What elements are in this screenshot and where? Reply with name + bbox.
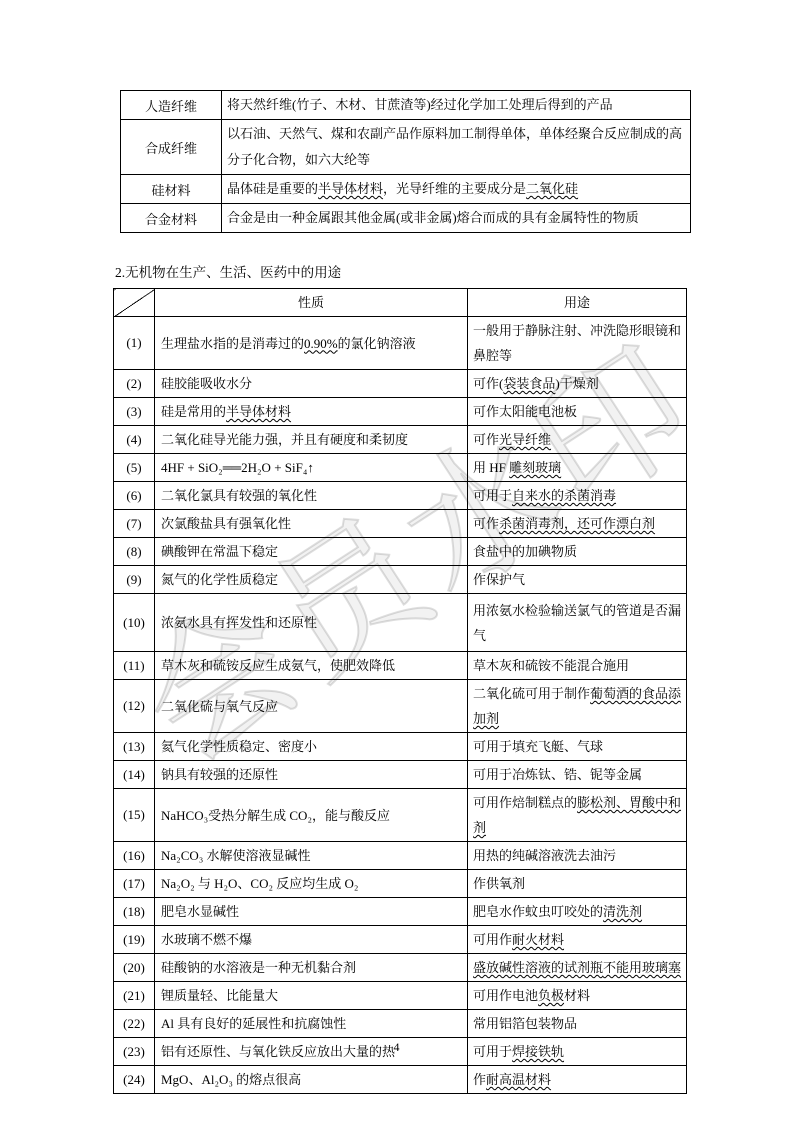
use-cell: 可用作耐火材料 — [468, 926, 687, 954]
text-segment: 生理盐水指的是消毒过的 — [161, 336, 304, 351]
property-cell: 硅是常用的半导体材料 — [155, 398, 468, 426]
wavy-underlined-text: 袋装食品 — [503, 376, 555, 391]
text-segment: ，光导纤维的主要成分是 — [383, 181, 526, 196]
wavy-underlined-text: 清洗剂 — [603, 904, 642, 919]
property-cell: 氦气化学性质稳定、密度小 — [155, 733, 468, 761]
use-cell: 可作太阳能电池板 — [468, 398, 687, 426]
text-segment: 硅是常用的 — [161, 404, 226, 419]
text-segment: 材料 — [564, 988, 590, 1003]
wavy-underlined-text: 半导体材料 — [226, 404, 291, 419]
uses-table-row: (12)二氧化硫与氧气反应二氧化硫可用于制作葡萄酒的食品添加剂 — [114, 680, 687, 733]
uses-table-row: (10)浓氨水具有挥发性和还原性用浓氨水检验输送氯气的管道是否漏气 — [114, 594, 687, 652]
text-segment: 可用作电池 — [473, 988, 538, 1003]
property-cell: 二氧化硅导光能力强，并且有硬度和柔韧度 — [155, 426, 468, 454]
property-cell: Na₂CO₃ 水解使溶液显碱性 — [155, 842, 468, 870]
text-segment: 的氯化钠溶液 — [338, 336, 416, 351]
uses-table-row: (3)硅是常用的半导体材料可作太阳能电池板 — [114, 398, 687, 426]
text-segment: 碘酸钾在常温下稳定 — [161, 544, 278, 559]
uses-table-row: (20)硅酸钠的水溶液是一种无机黏合剂盛放碱性溶液的试剂瓶不能用玻璃塞 — [114, 954, 687, 982]
use-cell: 二氧化硫可用于制作葡萄酒的食品添加剂 — [468, 680, 687, 733]
use-cell: 可作光导纤维 — [468, 426, 687, 454]
row-number-cell: (20) — [114, 954, 155, 982]
row-number-cell: (8) — [114, 538, 155, 566]
text-segment: 硅胶能吸收水分 — [161, 376, 252, 391]
text-segment: 水玻璃不燃不爆 — [161, 932, 252, 947]
uses-table-row: (11)草木灰和硫铵反应生成氨气，使肥效降低草木灰和硫铵不能混合施用 — [114, 652, 687, 680]
row-number-cell: (5) — [114, 454, 155, 482]
text-segment: 钠具有较强的还原性 — [161, 767, 278, 782]
material-description-cell: 将天然纤维(竹子、木材、甘蔗渣等)经过化学加工处理后得到的产品 — [222, 91, 691, 120]
text-segment: MgO、Al₂O₃ 的熔点很高 — [161, 1072, 301, 1087]
wavy-underlined-text: 二氧化硅 — [526, 181, 578, 196]
use-cell: 盛放碱性溶液的试剂瓶不能用玻璃塞 — [468, 954, 687, 982]
uses-table-header-row: 性质 用途 — [114, 289, 687, 317]
text-segment: 作供氧剂 — [473, 876, 525, 891]
use-cell: 用 HF 雕刻玻璃 — [468, 454, 687, 482]
text-segment: 食盐中的加碘物质 — [473, 544, 577, 559]
wavy-underlined-text: 光导纤维 — [499, 432, 551, 447]
materials-table: 人造纤维将天然纤维(竹子、木材、甘蔗渣等)经过化学加工处理后得到的产品合成纤维以… — [120, 90, 691, 233]
use-cell: 作保护气 — [468, 566, 687, 594]
row-number-cell: (16) — [114, 842, 155, 870]
text-segment: 次氯酸盐具有强氧化性 — [161, 516, 291, 531]
use-cell: 可用作焙制糕点的膨松剂、胃酸中和剂 — [468, 789, 687, 842]
property-cell: 4HF + SiO₂══2H₂O + SiF₄↑ — [155, 454, 468, 482]
material-name-cell: 合金材料 — [121, 204, 222, 233]
text-segment: 作 — [473, 1072, 486, 1087]
text-segment: 可作( — [473, 376, 503, 391]
wavy-underlined-text: 自来水的杀菌消毒 — [512, 488, 616, 503]
wavy-underlined-text: 杀菌消毒剂，还可作漂白剂 — [499, 516, 655, 531]
wavy-underlined-text: 盛放碱性溶液的试剂瓶 — [473, 960, 603, 975]
use-cell: 用热的纯碱溶液洗去油污 — [468, 842, 687, 870]
text-segment: 可作太阳能电池板 — [473, 404, 577, 419]
property-cell: 硅酸钠的水溶液是一种无机黏合剂 — [155, 954, 468, 982]
property-cell: 草木灰和硫铵反应生成氨气，使肥效降低 — [155, 652, 468, 680]
text-segment: 浓氨水具有挥发性和还原性 — [161, 615, 317, 630]
text-segment: 以石油、天然气、煤和农副产品作原料加工制得单体，单体经聚合反应制成的高分子化合物… — [227, 126, 682, 167]
material-description-cell: 合金是由一种金属跟其他金属(或非金属)熔合而成的具有金属特性的物质 — [222, 204, 691, 233]
use-cell: 可作杀菌消毒剂，还可作漂白剂 — [468, 510, 687, 538]
property-cell: 氮气的化学性质稳定 — [155, 566, 468, 594]
text-segment: 肥皂水作蚊虫叮咬处的 — [473, 904, 603, 919]
material-description-cell: 晶体硅是重要的半导体材料，光导纤维的主要成分是二氧化硅 — [222, 175, 691, 204]
text-segment: 草木灰和硫铵不能混合施用 — [473, 658, 629, 673]
diagonal-header-cell — [114, 289, 155, 317]
use-cell: 可用于冶炼钛、锆、铌等金属 — [468, 761, 687, 789]
uses-table: 性质 用途 (1)生理盐水指的是消毒过的0.90%的氯化钠溶液一般用于静脉注射、… — [113, 288, 687, 1094]
wavy-underlined-text: 耐高温材料 — [486, 1072, 551, 1087]
row-number-cell: (18) — [114, 898, 155, 926]
document-page: 会员水印 人造纤维将天然纤维(竹子、木材、甘蔗渣等)经过化学加工处理后得到的产品… — [0, 0, 793, 1122]
use-cell: 一般用于静脉注射、冲洗隐形眼镜和鼻腔等 — [468, 317, 687, 370]
row-number-cell: (19) — [114, 926, 155, 954]
row-number-cell: (10) — [114, 594, 155, 652]
use-cell: 肥皂水作蚊虫叮咬处的清洗剂 — [468, 898, 687, 926]
material-name-cell: 合成纤维 — [121, 120, 222, 175]
materials-table-row: 人造纤维将天然纤维(竹子、木材、甘蔗渣等)经过化学加工处理后得到的产品 — [121, 91, 691, 120]
uses-table-row: (8)碘酸钾在常温下稳定食盐中的加碘物质 — [114, 538, 687, 566]
use-cell: 食盐中的加碘物质 — [468, 538, 687, 566]
uses-table-row: (6)二氧化氯具有较强的氧化性可用于自来水的杀菌消毒 — [114, 482, 687, 510]
row-number-cell: (17) — [114, 870, 155, 898]
row-number-cell: (21) — [114, 982, 155, 1010]
text-segment: 4HF + SiO₂══2H₂O + SiF₄↑ — [161, 460, 314, 475]
text-segment: 肥皂水显碱性 — [161, 904, 239, 919]
property-cell: 锂质量轻、比能量大 — [155, 982, 468, 1010]
wavy-underlined-text: 半导体材料 — [318, 181, 383, 196]
property-cell: 生理盐水指的是消毒过的0.90%的氯化钠溶液 — [155, 317, 468, 370]
use-cell: 可作(袋装食品)干燥剂 — [468, 370, 687, 398]
use-cell: 作耐高温材料 — [468, 1066, 687, 1094]
text-segment: 作保护气 — [473, 572, 525, 587]
uses-table-row: (17)Na₂O₂ 与 H₂O、CO₂ 反应均生成 O₂作供氧剂 — [114, 870, 687, 898]
text-segment: Na₂CO₃ 水解使溶液显碱性 — [161, 848, 311, 863]
property-cell: 钠具有较强的还原性 — [155, 761, 468, 789]
property-cell: NaHCO₃受热分解生成 CO₂，能与酸反应 — [155, 789, 468, 842]
row-number-cell: (6) — [114, 482, 155, 510]
text-segment: 可用于填充飞艇、气球 — [473, 739, 603, 754]
text-segment: 合金是由一种金属跟其他金属(或非金属)熔合而成的具有金属特性的物质 — [227, 210, 639, 225]
use-column-header: 用途 — [468, 289, 687, 317]
uses-table-row: (24)MgO、Al₂O₃ 的熔点很高作耐高温材料 — [114, 1066, 687, 1094]
text-segment: 二氧化氯具有较强的氧化性 — [161, 488, 317, 503]
material-description-cell: 以石油、天然气、煤和农副产品作原料加工制得单体，单体经聚合反应制成的高分子化合物… — [222, 120, 691, 175]
uses-table-row: (5)4HF + SiO₂══2H₂O + SiF₄↑用 HF 雕刻玻璃 — [114, 454, 687, 482]
wavy-underlined-text: 0.90% — [304, 336, 338, 351]
uses-table-row: (2)硅胶能吸收水分可作(袋装食品)干燥剂 — [114, 370, 687, 398]
materials-table-row: 合金材料合金是由一种金属跟其他金属(或非金属)熔合而成的具有金属特性的物质 — [121, 204, 691, 233]
text-segment: 用热的纯碱溶液洗去油污 — [473, 848, 616, 863]
text-segment: 晶体硅是重要的 — [227, 181, 318, 196]
uses-table-row: (7)次氯酸盐具有强氧化性可作杀菌消毒剂，还可作漂白剂 — [114, 510, 687, 538]
property-cell: Na₂O₂ 与 H₂O、CO₂ 反应均生成 O₂ — [155, 870, 468, 898]
property-cell: 二氧化硫与氧气反应 — [155, 680, 468, 733]
property-cell: 肥皂水显碱性 — [155, 898, 468, 926]
uses-table-row: (9)氮气的化学性质稳定作保护气 — [114, 566, 687, 594]
use-cell: 可用于自来水的杀菌消毒 — [468, 482, 687, 510]
text-segment: NaHCO₃受热分解生成 CO₂，能与酸反应 — [161, 808, 390, 823]
text-segment: 锂质量轻、比能量大 — [161, 988, 278, 1003]
use-cell: 常用铝箔包装物品 — [468, 1010, 687, 1038]
use-cell: 草木灰和硫铵不能混合施用 — [468, 652, 687, 680]
text-segment: 常用铝箔包装物品 — [473, 1016, 577, 1031]
materials-table-row: 硅材料晶体硅是重要的半导体材料，光导纤维的主要成分是二氧化硅 — [121, 175, 691, 204]
uses-table-row: (19)水玻璃不燃不爆可用作耐火材料 — [114, 926, 687, 954]
text-segment: 可用于冶炼钛、锆、铌等金属 — [473, 767, 642, 782]
material-name-cell: 人造纤维 — [121, 91, 222, 120]
property-cell: 硅胶能吸收水分 — [155, 370, 468, 398]
row-number-cell: (7) — [114, 510, 155, 538]
text-segment: 可用于 — [473, 488, 512, 503]
use-cell: 可用于填充飞艇、气球 — [468, 733, 687, 761]
row-number-cell: (14) — [114, 761, 155, 789]
text-segment: 可用作 — [473, 932, 512, 947]
wavy-underlined-text: 负极 — [538, 988, 564, 1003]
use-cell: 用浓氨水检验输送氯气的管道是否漏气 — [468, 594, 687, 652]
text-segment: 二氧化硫可用于制作 — [473, 686, 590, 701]
uses-table-row: (21)锂质量轻、比能量大可用作电池负极材料 — [114, 982, 687, 1010]
material-name-cell: 硅材料 — [121, 175, 222, 204]
uses-table-row: (16)Na₂CO₃ 水解使溶液显碱性用热的纯碱溶液洗去油污 — [114, 842, 687, 870]
text-segment: 草木灰和硫铵反应生成氨气，使肥效降低 — [161, 658, 395, 673]
text-segment: )干燥剂 — [555, 376, 598, 391]
wavy-underlined-text: 耐火材料 — [512, 932, 564, 947]
row-number-cell: (3) — [114, 398, 155, 426]
use-cell: 作供氧剂 — [468, 870, 687, 898]
use-cell: 可用作电池负极材料 — [468, 982, 687, 1010]
row-number-cell: (24) — [114, 1066, 155, 1094]
uses-table-row: (1)生理盐水指的是消毒过的0.90%的氯化钠溶液一般用于静脉注射、冲洗隐形眼镜… — [114, 317, 687, 370]
text-segment: 一般用于静脉注射、冲洗隐形眼镜和鼻腔等 — [473, 323, 681, 363]
row-number-cell: (4) — [114, 426, 155, 454]
row-number-cell: (15) — [114, 789, 155, 842]
text-segment: 可作 — [473, 432, 499, 447]
property-cell: 水玻璃不燃不爆 — [155, 926, 468, 954]
property-cell: 二氧化氯具有较强的氧化性 — [155, 482, 468, 510]
text-segment: 氦气化学性质稳定、密度小 — [161, 739, 317, 754]
property-column-header: 性质 — [155, 289, 468, 317]
text-segment: 将天然纤维(竹子、木材、甘蔗渣等)经过化学加工处理后得到的产品 — [227, 97, 613, 112]
row-number-cell: (12) — [114, 680, 155, 733]
text-segment: 用 HF — [473, 460, 509, 475]
wavy-underlined-text: 不能用玻璃塞 — [603, 960, 681, 975]
section-heading: 2.无机物在生产、生活、医药中的用途 — [115, 261, 341, 281]
text-segment: 二氧化硅导光能力强，并且有硬度和柔韧度 — [161, 432, 408, 447]
materials-table-row: 合成纤维以石油、天然气、煤和农副产品作原料加工制得单体，单体经聚合反应制成的高分… — [121, 120, 691, 175]
text-segment: 二氧化硫与氧气反应 — [161, 699, 278, 714]
property-cell: 浓氨水具有挥发性和还原性 — [155, 594, 468, 652]
row-number-cell: (13) — [114, 733, 155, 761]
uses-table-row: (4)二氧化硅导光能力强，并且有硬度和柔韧度可作光导纤维 — [114, 426, 687, 454]
property-cell: MgO、Al₂O₃ 的熔点很高 — [155, 1066, 468, 1094]
uses-table-row: (14)钠具有较强的还原性可用于冶炼钛、锆、铌等金属 — [114, 761, 687, 789]
row-number-cell: (9) — [114, 566, 155, 594]
uses-table-row: (15)NaHCO₃受热分解生成 CO₂，能与酸反应可用作焙制糕点的膨松剂、胃酸… — [114, 789, 687, 842]
row-number-cell: (11) — [114, 652, 155, 680]
uses-table-row: (13)氦气化学性质稳定、密度小可用于填充飞艇、气球 — [114, 733, 687, 761]
text-segment: Al 具有良好的延展性和抗腐蚀性 — [161, 1016, 346, 1031]
text-segment: 可作 — [473, 516, 499, 531]
row-number-cell: (1) — [114, 317, 155, 370]
property-cell: 碘酸钾在常温下稳定 — [155, 538, 468, 566]
uses-table-row: (22)Al 具有良好的延展性和抗腐蚀性常用铝箔包装物品 — [114, 1010, 687, 1038]
text-segment: 氮气的化学性质稳定 — [161, 572, 278, 587]
text-segment: 硅酸钠的水溶液是一种无机黏合剂 — [161, 960, 356, 975]
page-number: 4 — [0, 1040, 793, 1055]
text-segment: 用浓氨水检验输送氯气的管道是否漏气 — [473, 603, 681, 643]
text-segment: 可用作焙制糕点的 — [473, 795, 577, 810]
property-cell: Al 具有良好的延展性和抗腐蚀性 — [155, 1010, 468, 1038]
property-cell: 次氯酸盐具有强氧化性 — [155, 510, 468, 538]
uses-table-row: (18)肥皂水显碱性肥皂水作蚊虫叮咬处的清洗剂 — [114, 898, 687, 926]
wavy-underlined-text: 雕刻玻璃 — [509, 460, 561, 475]
text-segment: Na₂O₂ 与 H₂O、CO₂ 反应均生成 O₂ — [161, 876, 358, 891]
row-number-cell: (2) — [114, 370, 155, 398]
row-number-cell: (22) — [114, 1010, 155, 1038]
